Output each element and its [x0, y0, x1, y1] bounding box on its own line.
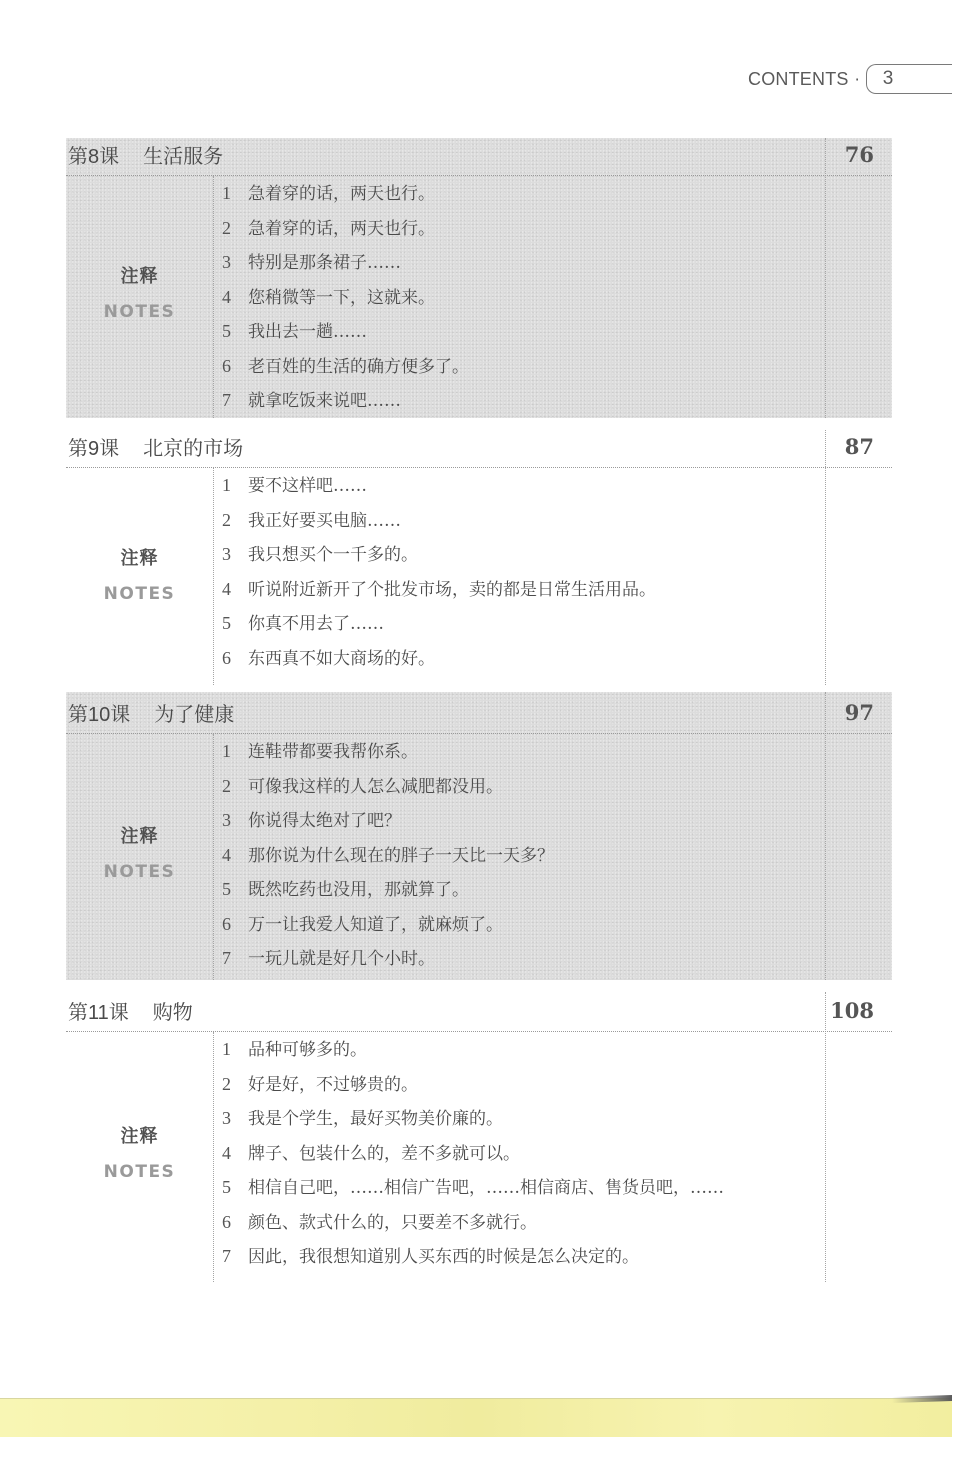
note-text: 既然吃药也没用，那就算了。 [248, 880, 469, 900]
notes-label-en: NOTES [66, 862, 213, 882]
lesson-header: 第9课北京的市场 87 [66, 430, 892, 468]
lesson-name: 生活服务 [143, 146, 223, 168]
lesson-section-10: 第10课为了健康 97 注释 NOTES 1连鞋带都要我帮你系。 2可像我这样的… [66, 692, 892, 980]
note-item: 6颜色、款式什么的，只要差不多就行。 [222, 1205, 822, 1240]
note-text: 万一让我爱人知道了，就麻烦了。 [248, 915, 503, 935]
note-text: 你真不用去了…… [248, 614, 384, 634]
notes-label: 注释 NOTES [66, 1122, 213, 1182]
notes-label: 注释 NOTES [66, 544, 213, 604]
note-text: 品种可够多的。 [248, 1040, 367, 1060]
note-text: 您稍微等一下，这就来。 [248, 288, 435, 308]
lesson-header: 第10课为了健康 97 [66, 692, 892, 734]
lesson-title: 第11课购物 [68, 996, 193, 1025]
lesson-section-11: 第11课购物 108 注释 NOTES 1品种可够多的。 2好是好，不过够贵的。… [66, 992, 892, 1282]
notes-label: 注释 NOTES [66, 262, 213, 322]
page-number-tab: 3 [866, 64, 952, 94]
note-text: 那你说为什么现在的胖子一天比一天多？ [248, 846, 554, 866]
lesson-notes: 注释 NOTES 1品种可够多的。 2好是好，不过够贵的。 3我是个学生，最好买… [66, 1032, 892, 1282]
lesson-number: 第9课 [68, 438, 119, 460]
note-item: 4您稍微等一下，这就来。 [222, 280, 822, 315]
note-text: 听说附近新开了个批发市场，卖的都是日常生活用品。 [248, 580, 656, 600]
note-item: 7一玩儿就是好几个小时。 [222, 941, 822, 976]
notes-label-en: NOTES [66, 584, 213, 604]
note-text: 连鞋带都要我帮你系。 [248, 742, 418, 762]
note-item: 5既然吃药也没用，那就算了。 [222, 872, 822, 907]
note-item: 2可像我这样的人怎么减肥都没用。 [222, 769, 822, 804]
note-text: 颜色、款式什么的，只要差不多就行。 [248, 1213, 537, 1233]
lesson-section-9: 第9课北京的市场 87 注释 NOTES 1要不这样吧…… 2我正好要买电脑……… [66, 430, 892, 685]
note-item: 1连鞋带都要我帮你系。 [222, 734, 822, 769]
notes-list: 1连鞋带都要我帮你系。 2可像我这样的人怎么减肥都没用。 3你说得太绝对了吧？ … [222, 734, 822, 976]
lesson-page-number[interactable]: 76 [845, 142, 874, 167]
lesson-page-number[interactable]: 97 [845, 700, 874, 725]
note-item: 3我只想买个一千多的。 [222, 537, 822, 572]
note-text: 可像我这样的人怎么减肥都没用。 [248, 777, 503, 797]
note-text: 我出去一趟…… [248, 322, 367, 342]
lesson-number: 第11课 [68, 1002, 129, 1024]
note-item: 7就拿吃饭来说吧…… [222, 383, 822, 418]
note-text: 急着穿的话，两天也行。 [248, 219, 435, 239]
note-text: 牌子、包装什么的，差不多就可以。 [248, 1144, 520, 1164]
note-text: 因此，我很想知道别人买东西的时候是怎么决定的。 [248, 1247, 639, 1267]
note-item: 3我是个学生，最好买物美价廉的。 [222, 1101, 822, 1136]
notes-list: 1要不这样吧…… 2我正好要买电脑…… 3我只想买个一千多的。 4听说附近新开了… [222, 468, 822, 675]
note-item: 1急着穿的话，两天也行。 [222, 176, 822, 211]
running-header: CONTENTS · 3 [748, 62, 952, 96]
note-text: 相信自己吧，……相信广告吧，……相信商店、售货员吧，…… [248, 1178, 724, 1198]
note-item: 1要不这样吧…… [222, 468, 822, 503]
note-item: 6老百姓的生活的确方便多了。 [222, 349, 822, 384]
note-text: 好是好，不过够贵的。 [248, 1075, 418, 1095]
note-text: 东西真不如大商场的好。 [248, 649, 435, 669]
lesson-header: 第11课购物 108 [66, 992, 892, 1032]
note-item: 6东西真不如大商场的好。 [222, 641, 822, 676]
note-item: 6万一让我爱人知道了，就麻烦了。 [222, 907, 822, 942]
page-edge-strip [0, 1398, 952, 1437]
lesson-title: 第9课北京的市场 [68, 432, 243, 461]
notes-list: 1急着穿的话，两天也行。 2急着穿的话，两天也行。 3特别是那条裙子…… 4您稍… [222, 176, 822, 418]
note-item: 4牌子、包装什么的，差不多就可以。 [222, 1136, 822, 1171]
notes-label-zh: 注释 [66, 262, 213, 288]
running-header-label: CONTENTS [748, 69, 849, 90]
note-text: 我是个学生，最好买物美价廉的。 [248, 1109, 503, 1129]
notes-label-zh: 注释 [66, 544, 213, 570]
lesson-notes: 注释 NOTES 1要不这样吧…… 2我正好要买电脑…… 3我只想买个一千多的。… [66, 468, 892, 685]
note-item: 4那你说为什么现在的胖子一天比一天多？ [222, 838, 822, 873]
notes-label-en: NOTES [66, 302, 213, 322]
lesson-header: 第8课生活服务 76 [66, 138, 892, 176]
lesson-name: 为了健康 [154, 704, 234, 726]
lesson-page-number[interactable]: 87 [845, 434, 874, 459]
lesson-title: 第10课为了健康 [68, 698, 234, 727]
note-text: 你说得太绝对了吧？ [248, 811, 401, 831]
note-text: 我正好要买电脑…… [248, 511, 401, 531]
lesson-number: 第10课 [68, 704, 130, 726]
note-item: 3你说得太绝对了吧？ [222, 803, 822, 838]
page-number: 3 [883, 68, 894, 90]
note-item: 2急着穿的话，两天也行。 [222, 211, 822, 246]
lesson-name: 北京的市场 [143, 438, 243, 460]
lesson-notes: 注释 NOTES 1急着穿的话，两天也行。 2急着穿的话，两天也行。 3特别是那… [66, 176, 892, 418]
lesson-title: 第8课生活服务 [68, 140, 223, 169]
notes-label-en: NOTES [66, 1162, 213, 1182]
note-text: 我只想买个一千多的。 [248, 545, 418, 565]
lesson-page-number[interactable]: 108 [830, 998, 874, 1023]
notes-label-zh: 注释 [66, 1122, 213, 1148]
note-item: 1品种可够多的。 [222, 1032, 822, 1067]
note-item: 5相信自己吧，……相信广告吧，……相信商店、售货员吧，…… [222, 1170, 822, 1205]
note-text: 就拿吃饭来说吧…… [248, 391, 401, 411]
lesson-notes: 注释 NOTES 1连鞋带都要我帮你系。 2可像我这样的人怎么减肥都没用。 3你… [66, 734, 892, 980]
notes-list: 1品种可够多的。 2好是好，不过够贵的。 3我是个学生，最好买物美价廉的。 4牌… [222, 1032, 822, 1274]
note-item: 7因此，我很想知道别人买东西的时候是怎么决定的。 [222, 1239, 822, 1274]
running-header-separator: · [855, 70, 860, 89]
note-item: 3特别是那条裙子…… [222, 245, 822, 280]
note-text: 急着穿的话，两天也行。 [248, 184, 435, 204]
note-item: 5我出去一趟…… [222, 314, 822, 349]
notes-label-zh: 注释 [66, 822, 213, 848]
lesson-name: 购物 [153, 1002, 193, 1024]
notes-label: 注释 NOTES [66, 822, 213, 882]
note-item: 4听说附近新开了个批发市场，卖的都是日常生活用品。 [222, 572, 822, 607]
note-item: 2我正好要买电脑…… [222, 503, 822, 538]
lesson-section-8: 第8课生活服务 76 注释 NOTES 1急着穿的话，两天也行。 2急着穿的话，… [66, 138, 892, 418]
note-item: 5你真不用去了…… [222, 606, 822, 641]
lesson-number: 第8课 [68, 146, 119, 168]
note-text: 特别是那条裙子…… [248, 253, 401, 273]
note-text: 老百姓的生活的确方便多了。 [248, 357, 469, 377]
note-text: 要不这样吧…… [248, 476, 367, 496]
note-item: 2好是好，不过够贵的。 [222, 1067, 822, 1102]
note-text: 一玩儿就是好几个小时。 [248, 949, 435, 969]
